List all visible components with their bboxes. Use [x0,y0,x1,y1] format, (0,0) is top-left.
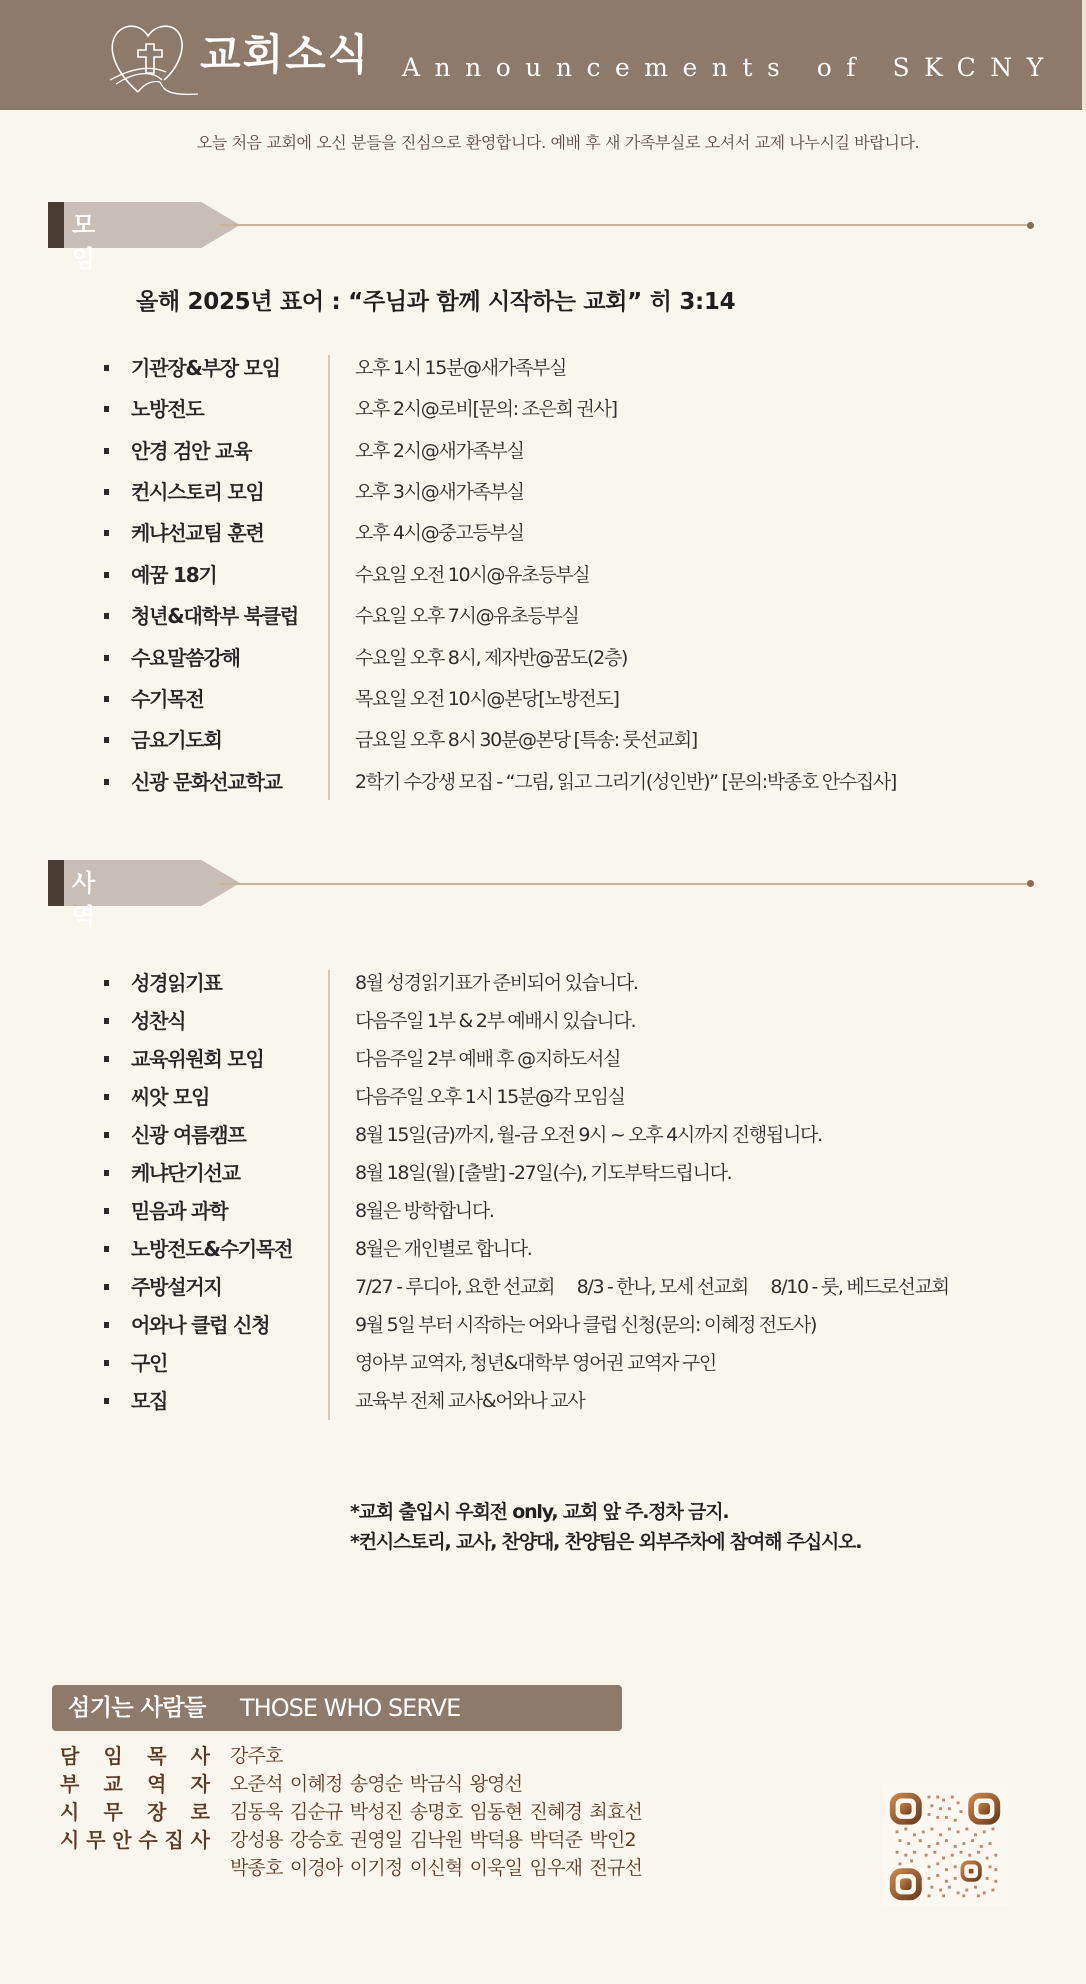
item-label: 케냐선교팀 훈련 [131,518,264,548]
item-label: 기관장&부장 모임 [131,353,280,383]
bullet-icon [104,530,109,536]
parking-notes: *교회 출입시 우회전 only, 교회 앞 주.정차 금지. *컨시스토리, … [350,1497,861,1557]
bullet-icon [104,1094,109,1100]
role-char: 목 [147,1742,166,1770]
item-label: 신광 문화선교학교 [131,767,282,797]
list-item: 믿음과 과학8월은 방학합니다. [0,1196,1086,1226]
bullet-icon [104,655,109,661]
item-value: 오후 3시@새가족부실 [355,477,524,507]
role-char: 수 [138,1826,157,1854]
role-char: 교 [104,1770,123,1798]
staff-role: 시무장로 [60,1798,210,1826]
staff-role: 부교역자 [60,1770,210,1798]
item-value: 8월은 방학합니다. [355,1196,494,1226]
bullet-icon [104,779,109,785]
list-item: 어와나 클럽 신청9월 5일 부터 시작하는 어와나 클럽 신청(문의: 이혜정… [0,1310,1086,1340]
list-item: 청년&대학부 북클럽수요일 오후 7시@유초등부실 [0,601,1086,631]
role-char: 로 [191,1798,210,1826]
list-item: 모집교육부 전체 교사&어와나 교사 [0,1386,1086,1416]
item-label: 케냐단기선교 [131,1158,240,1188]
bullet-icon [104,572,109,578]
bullet-icon [104,1208,109,1214]
yearly-motto: 올해 2025년 표어 : “주님과 함께 시작하는 교회” 히 3:14 [136,283,735,316]
list-item: 케냐단기선교8월 18일(월) [출발] -27일(수), 기도부탁드립니다. [0,1158,1086,1188]
list-item: 수기목전목요일 오전 10시@본당[노방전도] [0,684,1086,714]
item-value: 2학기 수강생 모집 - “그림, 읽고 그리기(성인반)” [문의:박종호 안… [355,767,896,797]
item-label: 예꿈 18기 [131,560,217,590]
role-char: 무 [86,1826,105,1854]
item-label: 신광 여름캠프 [131,1120,245,1150]
item-label: 성경읽기표 [131,968,222,998]
item-label: 교육위원회 모임 [131,1044,264,1074]
tab-accent-bar [48,202,64,248]
header-banner: 교회소식 Announcements of SKCNY [0,0,1082,110]
header-title-korean: 교회소식 [200,30,370,80]
item-value: 다음주일 2부 예배 후 @지하도서실 [355,1044,620,1074]
list-item: 금요기도회금요일 오후 8시 30분@본당 [특송: 룻선교회] [0,725,1086,755]
role-char: 장 [147,1798,166,1826]
list-item: 수요말씀강해수요일 오후 8시, 제자반@꿈도(2층) [0,643,1086,673]
bullet-icon [104,489,109,495]
list-item: 성찬식다음주일 1부 & 2부 예배시 있습니다. [0,1006,1086,1036]
list-item: 성경읽기표8월 성경읽기표가 준비되어 있습니다. [0,968,1086,998]
section-divider-dot [1027,880,1034,887]
list-item: 구인영아부 교역자, 청년&대학부 영어권 교역자 구인 [0,1348,1086,1378]
staff-names: 오준석 이혜정 송영순 박금식 왕영선 [230,1770,522,1798]
header-edge [1082,0,1086,110]
welcome-message: 오늘 처음 교회에 오신 분들을 진심으로 환영합니다. 예배 후 새 가족부실… [0,130,1086,153]
role-char: 안 [112,1826,131,1854]
qr-code-icon[interactable] [882,1784,1008,1906]
staff-role: 담임목사 [60,1742,210,1770]
item-label: 주방설거지 [131,1272,222,1302]
item-value: 교육부 전체 교사&어와나 교사 [355,1386,584,1416]
role-char: 사 [191,1826,210,1854]
role-char: 시 [60,1826,79,1854]
tab-accent-bar [48,860,64,906]
item-value: 9월 5일 부터 시작하는 어와나 클럽 신청(문의: 이혜정 전도사) [355,1310,816,1340]
list-item: 노방전도&수기목전8월은 개인별로 합니다. [0,1234,1086,1264]
section-divider-dot [1027,222,1034,229]
item-label: 모집 [131,1386,167,1416]
note-line: *교회 출입시 우회전 only, 교회 앞 주.정차 금지. [350,1497,861,1527]
tab-label: 모 임 [72,208,103,276]
item-value: 오후 2시@로비[문의: 조은희 권사] [355,394,617,424]
list-item: 신광 문화선교학교2학기 수강생 모집 - “그림, 읽고 그리기(성인반)” … [0,767,1086,797]
staff-names: 강주호 [230,1742,283,1770]
bullet-icon [104,1246,109,1252]
item-label: 수요말씀강해 [131,643,240,673]
role-char: 집 [165,1826,184,1854]
item-value: 8월 15일(금)까지, 월-금 오전 9시 ~ 오후 4시까지 진행됩니다. [355,1120,822,1150]
role-char: 부 [60,1770,79,1798]
item-value: 8월 18일(월) [출발] -27일(수), 기도부탁드립니다. [355,1158,731,1188]
bullet-icon [104,1398,109,1404]
item-value: 다음주일 1부 & 2부 예배시 있습니다. [355,1006,635,1036]
item-label: 청년&대학부 북클럽 [131,601,298,631]
role-char: 임 [104,1742,123,1770]
section-divider-line [220,883,1030,885]
item-label: 성찬식 [131,1006,185,1036]
role-char: 역 [147,1770,166,1798]
bullet-icon [104,737,109,743]
item-label: 노방전도 [131,394,203,424]
list-item: 주방설거지7/27 - 루디아, 요한 선교회 8/3 - 한나, 모세 선교회… [0,1272,1086,1302]
section-divider-line [220,224,1030,226]
bullet-icon [104,1322,109,1328]
item-label: 어와나 클럽 신청 [131,1310,269,1340]
bullet-icon [104,1360,109,1366]
item-label: 컨시스토리 모임 [131,477,264,507]
item-value: 수요일 오후 8시, 제자반@꿈도(2층) [355,643,627,673]
header-title-english: Announcements of SKCNY [402,48,1058,88]
item-value: 오후 1시 15분@새가족부실 [355,353,566,383]
tab-label: 사 역 [72,866,103,934]
item-value: 목요일 오전 10시@본당[노방전도] [355,684,619,714]
list-item: 기관장&부장 모임오후 1시 15분@새가족부실 [0,353,1086,383]
role-char: 시 [60,1798,79,1826]
list-item: 교육위원회 모임다음주일 2부 예배 후 @지하도서실 [0,1044,1086,1074]
staff-names: 김동욱 김순규 박성진 송명호 임동현 진혜경 최효선 [230,1798,642,1826]
bullet-icon [104,365,109,371]
bullet-icon [104,980,109,986]
list-item: 노방전도오후 2시@로비[문의: 조은희 권사] [0,394,1086,424]
serve-banner: 섬기는 사람들 THOSE WHO SERVE [52,1685,622,1731]
item-value: 8월 성경읽기표가 준비되어 있습니다. [355,968,638,998]
heart-cross-logo-icon [108,20,198,100]
list-item: 케냐선교팀 훈련오후 4시@중고등부실 [0,518,1086,548]
bullet-icon [104,406,109,412]
serve-title-english: THOSE WHO SERVE [240,1691,460,1725]
role-char: 자 [191,1770,210,1798]
role-char: 사 [191,1742,210,1770]
item-value: 오후 2시@새가족부실 [355,436,524,466]
bullet-icon [104,696,109,702]
item-label: 믿음과 과학 [131,1196,227,1226]
item-label: 수기목전 [131,684,203,714]
item-label: 노방전도&수기목전 [131,1234,292,1264]
serve-title-korean: 섬기는 사람들 [68,1691,206,1725]
item-value: 금요일 오후 8시 30분@본당 [특송: 룻선교회] [355,725,697,755]
role-char: 담 [60,1742,79,1770]
item-value: 8월은 개인별로 합니다. [355,1234,532,1264]
bullet-icon [104,1018,109,1024]
item-value: 다음주일 오후 1시 15분@각 모임실 [355,1082,625,1112]
item-value: 수요일 오후 7시@유초등부실 [355,601,579,631]
item-value: 수요일 오전 10시@유초등부실 [355,560,589,590]
item-value: 영아부 교역자, 청년&대학부 영어권 교역자 구인 [355,1348,716,1378]
item-label: 구인 [131,1348,167,1378]
list-item: 안경 검안 교육오후 2시@새가족부실 [0,436,1086,466]
bullet-icon [104,1170,109,1176]
role-char: 무 [104,1798,123,1826]
bullet-icon [104,448,109,454]
note-line: *컨시스토리, 교사, 찬양대, 찬양팀은 외부주차에 참여해 주십시오. [350,1527,861,1557]
list-item: 신광 여름캠프8월 15일(금)까지, 월-금 오전 9시 ~ 오후 4시까지 … [0,1120,1086,1150]
bullet-icon [104,613,109,619]
staff-names: 박종호 이경아 이기정 이신혁 이욱일 임우재 전규선 [230,1854,642,1882]
staff-names: 강성용 강승호 권영일 김낙원 박덕용 박덕준 박인2 [230,1826,636,1854]
bullet-icon [104,1132,109,1138]
list-item: 예꿈 18기수요일 오전 10시@유초등부실 [0,560,1086,590]
item-value: 7/27 - 루디아, 요한 선교회 8/3 - 한나, 모세 선교회 8/10… [355,1272,949,1302]
list-item: 씨앗 모임다음주일 오후 1시 15분@각 모임실 [0,1082,1086,1112]
staff-role: 시무안수집사 [60,1826,210,1854]
list-item: 컨시스토리 모임오후 3시@새가족부실 [0,477,1086,507]
bullet-icon [104,1284,109,1290]
item-value: 오후 4시@중고등부실 [355,518,524,548]
item-label: 씨앗 모임 [131,1082,209,1112]
bullet-icon [104,1056,109,1062]
item-label: 금요기도회 [131,725,222,755]
item-label: 안경 검안 교육 [131,436,251,466]
